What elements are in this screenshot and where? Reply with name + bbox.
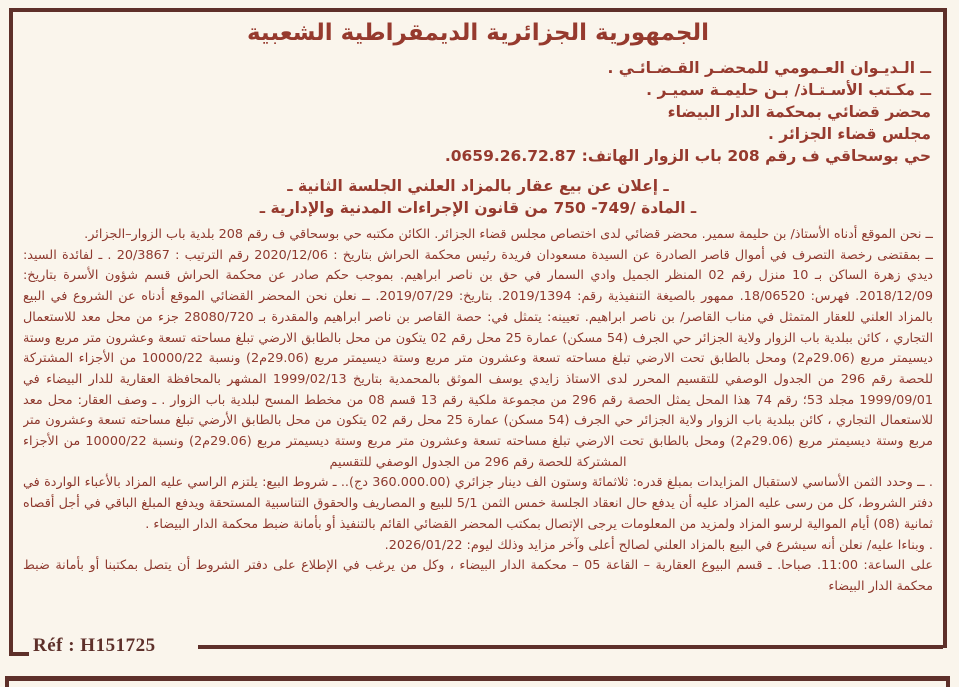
body-paragraph-price-and-conditions: . ــ وحدد الثمن الأساسي لاستقبال المزايد… (23, 473, 933, 535)
next-ad-corner-left (5, 676, 9, 687)
notice-body: ــ نحن الموقع أدناه الأستاذ/ بن حليمة سم… (23, 225, 933, 647)
border-corner-foot-horizontal (9, 652, 29, 656)
notice-title-line-articles: ـ المادة /749- 750 من قانون الإجراءات ال… (13, 198, 943, 220)
body-paragraph-auction-date: . وبناءا عليه/ نعلن أنه سيشرع في البيع ب… (23, 536, 933, 557)
next-ad-top-border (5, 676, 950, 681)
office-line-bailiff-name: ــ مكـتب الأسـتـاذ/ بـن حليمـة سميـر . (25, 79, 931, 101)
body-paragraph-intro: ــ نحن الموقع أدناه الأستاذ/ بن حليمة سم… (23, 225, 933, 246)
ref-label: Réf : H151725 (33, 635, 156, 657)
office-line-address-phone: حي بوسحاقي ف رقم 208 باب الزوار الهاتف: … (25, 145, 931, 167)
next-ad-corner-right (946, 676, 950, 687)
notice-bottom-border (198, 645, 943, 649)
office-line-court: محضر قضائي بمحكمة الدار البيضاء (25, 101, 931, 123)
office-header-block: ــ الـديـوان العـمومي للمحضـر القـضـائـي… (25, 57, 931, 167)
notice-border-frame: الجمهورية الجزائرية الديمقراطية الشعبية … (9, 8, 947, 648)
scanned-legal-notice-page: الجمهورية الجزائرية الديمقراطية الشعبية … (0, 0, 959, 687)
office-line-public-office: ــ الـديـوان العـمومي للمحضـر القـضـائـي… (25, 57, 931, 79)
notice-title-block: ـ إعلان عن بيع عقار بالمزاد العلني الجلس… (13, 176, 943, 219)
body-paragraph-authorization-and-property: ــ بمقتضى رخصة التصرف في أموال قاصر الصا… (23, 246, 933, 474)
body-paragraph-auction-time-place: على الساعة: 11:00. صباحا. ـ قسم البيوع ا… (23, 556, 933, 597)
notice-title-line-auction: ـ إعلان عن بيع عقار بالمزاد العلني الجلس… (13, 176, 943, 198)
office-line-council: مجلس قضاء الجزائر . (25, 123, 931, 145)
ref-text: Réf : H151725 (33, 635, 156, 656)
republic-title: الجمهورية الجزائرية الديمقراطية الشعبية (13, 20, 943, 46)
